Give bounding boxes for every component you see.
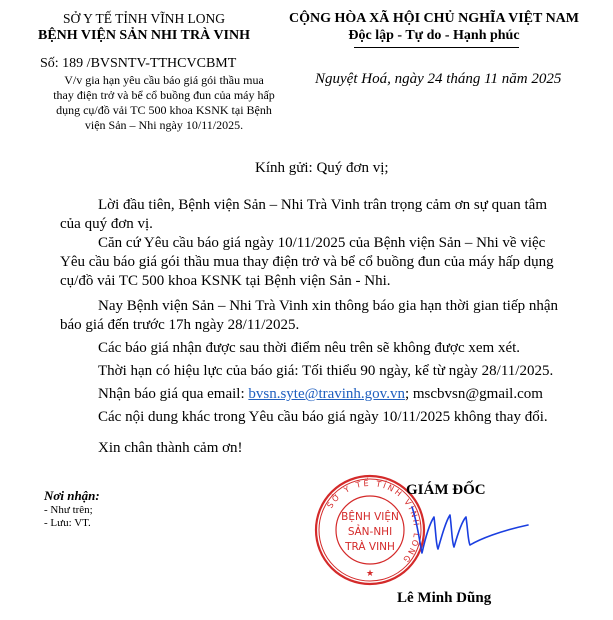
organization-name: BỆNH VIỆN SẢN NHI TRÀ VINH	[24, 27, 264, 44]
paragraph-1-line-1: Lời đầu tiên, Bệnh viện Sản – Nhi Trà Vi…	[98, 195, 547, 215]
email-link[interactable]: bvsn.syte@travinh.gov.vn	[248, 386, 405, 402]
paragraph-2-line-1: Căn cứ Yêu cầu báo giá ngày 10/11/2025 c…	[98, 233, 545, 253]
subject-line: V/v gia hạn yêu cầu báo giá gói thầu mua	[48, 73, 280, 88]
stamp-star-icon: ★	[366, 568, 374, 578]
paragraph-7: Các nội dung khác trong Yêu cầu báo giá …	[98, 407, 548, 427]
stamp-line: SẢN-NHI	[348, 524, 392, 538]
stamp-line: TRÀ VINH	[344, 540, 395, 553]
paragraph-2-line-2: Yêu cầu báo giá gói thầu mua thay điện t…	[60, 252, 554, 272]
header-right: CỘNG HÒA XÃ HỘI CHỦ NGHĨA VIỆT NAM Độc l…	[274, 10, 594, 44]
subject-line: viện Sản – Nhi ngày 10/11/2025.	[48, 118, 280, 133]
email-label: Nhận báo giá qua email:	[98, 386, 248, 402]
recipients-title: Nơi nhận:	[44, 488, 100, 504]
stamp-line: BỆNH VIỆN	[341, 510, 399, 523]
national-motto: Độc lập - Tự do - Hạnh phúc	[274, 27, 594, 44]
paragraph-5: Thời hạn có hiệu lực của báo giá: Tối th…	[98, 361, 553, 381]
signer-name: Lê Minh Dũng	[397, 590, 491, 607]
handwritten-signature	[410, 505, 530, 565]
nation-title: CỘNG HÒA XÃ HỘI CHỦ NGHĨA VIỆT NAM	[274, 10, 594, 27]
motto-underline	[354, 47, 519, 48]
salutation: Kính gửi: Quý đơn vị;	[255, 158, 389, 178]
header-left: SỞ Y TẾ TỈNH VĨNH LONG BỆNH VIỆN SẢN NHI…	[24, 10, 264, 44]
document-number: Số: 189 /BVSNTV-TTHCVCBMT	[40, 55, 236, 72]
document-subject: V/v gia hạn yêu cầu báo giá gói thầu mua…	[48, 73, 280, 133]
paragraph-1-line-2: của quý đơn vị.	[60, 214, 153, 234]
closing: Xin chân thành cảm ơn!	[98, 438, 243, 458]
subject-line: thay điện trở và bể cổ buồng đun của máy…	[48, 88, 280, 103]
department-name: SỞ Y TẾ TỈNH VĨNH LONG	[24, 10, 264, 27]
paragraph-4: Các báo giá nhận được sau thời điểm nêu …	[98, 338, 520, 358]
email-secondary: ; mscbvsn@gmail.com	[405, 386, 543, 402]
paragraph-2-line-3: cụ/đồ vải TC 500 khoa KSNK tại Bệnh viện…	[60, 271, 391, 291]
paragraph-3-line-2: báo giá đến trước 17h ngày 28/11/2025.	[60, 315, 299, 335]
subject-line: dụng cụ/đồ vải TC 500 khoa KSNK tại Bệnh	[48, 103, 280, 118]
paragraph-6: Nhận báo giá qua email: bvsn.syte@travin…	[98, 384, 543, 404]
recipient-item: - Lưu: VT.	[44, 517, 91, 529]
paragraph-3-line-1: Nay Bệnh viện Sản – Nhi Trà Vinh xin thô…	[98, 296, 558, 316]
signer-title: GIÁM ĐỐC	[406, 482, 486, 499]
recipient-item: - Như trên;	[44, 504, 93, 516]
place-date: Nguyệt Hoá, ngày 24 tháng 11 năm 2025	[315, 71, 561, 88]
